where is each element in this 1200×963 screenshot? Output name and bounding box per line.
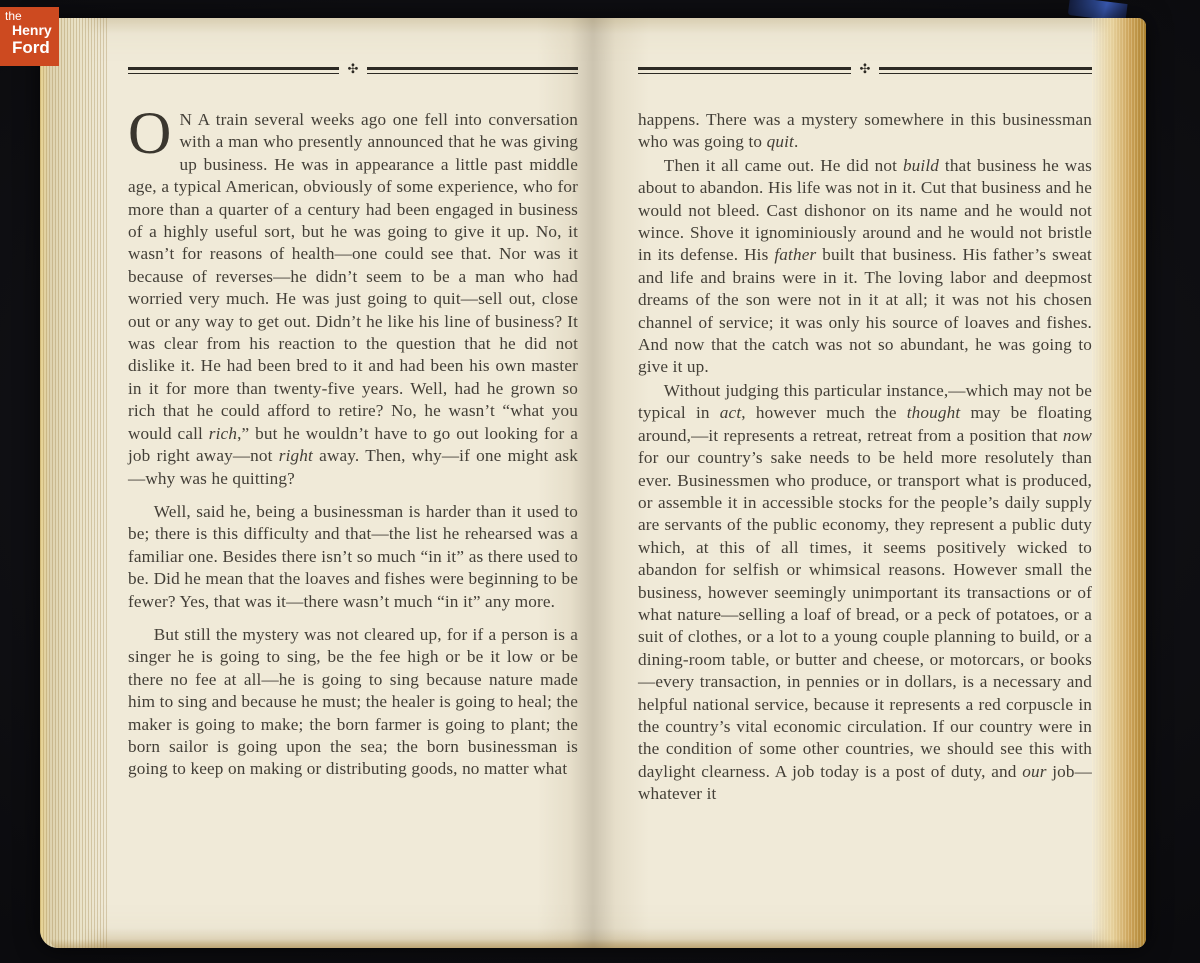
- logo-text-ford: Ford: [12, 38, 50, 58]
- left-page-header-rule: ✣: [128, 64, 578, 76]
- rule-segment: [367, 67, 578, 74]
- paragraph: But still the mystery was not cleared up…: [128, 624, 578, 781]
- left-page: ✣ ON A train several weeks ago one fell …: [128, 64, 578, 781]
- right-page-header-rule: ✣: [638, 64, 1092, 76]
- left-page-text: ON A train several weeks ago one fell in…: [128, 109, 578, 781]
- henry-ford-museum-logo: the Henry Ford: [0, 7, 59, 66]
- rule-segment: [879, 67, 1092, 74]
- page-fore-edge-left: [40, 18, 108, 948]
- paragraph: happens. There was a mystery somewhere i…: [638, 109, 1092, 154]
- drop-cap: O: [128, 109, 179, 154]
- paragraph: Well, said he, being a businessman is ha…: [128, 501, 578, 613]
- rule-segment: [638, 67, 851, 74]
- fleuron-ornament-icon: ✣: [348, 63, 359, 76]
- page-fore-edge-right-gilt: [1092, 18, 1146, 948]
- fleuron-ornament-icon: ✣: [860, 63, 871, 76]
- paragraph: ON A train several weeks ago one fell in…: [128, 109, 578, 490]
- paragraph: Then it all came out. He did not build t…: [638, 155, 1092, 379]
- paragraph: Without judging this particular instance…: [638, 380, 1092, 806]
- logo-text-henry: Henry: [12, 22, 52, 38]
- logo-text-the: the: [5, 9, 22, 23]
- open-book-pages: ✣ ON A train several weeks ago one fell …: [40, 18, 1146, 948]
- right-page: ✣ happens. There was a mystery somewhere…: [638, 64, 1092, 806]
- right-page-text: happens. There was a mystery somewhere i…: [638, 109, 1092, 806]
- rule-segment: [128, 67, 339, 74]
- book-photograph: the Henry Ford ✣ ON A train several week…: [0, 0, 1200, 963]
